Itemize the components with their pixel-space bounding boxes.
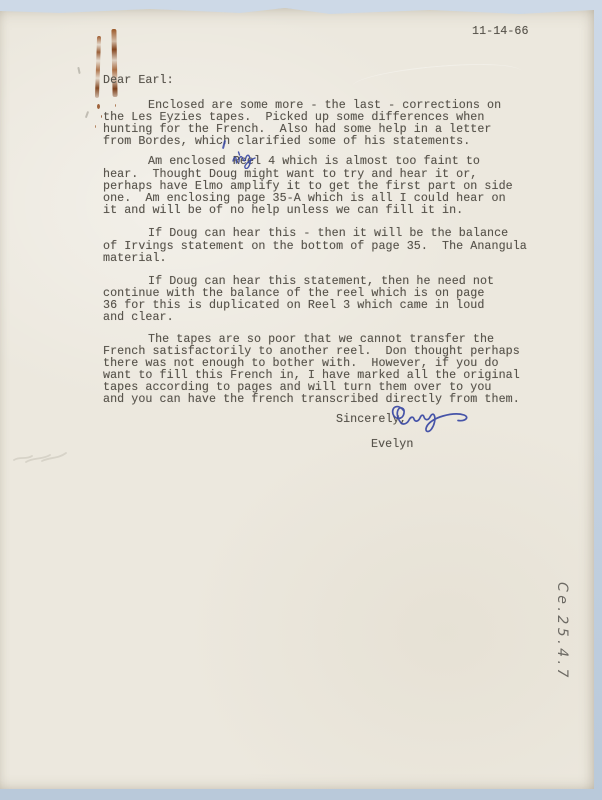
letter-line: French satisfactorily to another reel. D… <box>103 345 553 357</box>
letter-line: Am enclosed Reel 4 which is almost too f… <box>103 155 553 167</box>
paragraph-2: Am enclosed Reel 4 which is almost too f… <box>103 155 553 215</box>
letter-line: If Doug can hear this statement, then he… <box>103 275 553 287</box>
letter-date: 11-14-66 <box>472 24 529 38</box>
letter-line: and clear. <box>103 311 553 323</box>
letter-body: Dear Earl: Enclosed are some more - the … <box>103 74 553 405</box>
salutation: Dear Earl: <box>103 74 553 86</box>
letter-line: The tapes are so poor that we cannot tra… <box>103 333 553 345</box>
letter-line: from Bordes, which clarified some of his… <box>103 135 553 147</box>
letter-line: it and will be of no help unless we can … <box>103 204 553 216</box>
typed-signature-name: Evelyn <box>371 437 413 451</box>
paragraph-3: If Doug can hear this - then it will be … <box>103 227 553 263</box>
letter-line: perhaps have Elmo amplify it to get the … <box>103 180 553 192</box>
letter-line: If Doug can hear this - then it will be … <box>103 227 553 239</box>
letter-line: hear. Thought Doug might want to try and… <box>103 168 553 180</box>
handwritten-ing-correction <box>229 145 259 169</box>
signature-evelyn-handwritten <box>388 399 478 440</box>
pencil-smudge <box>12 444 72 466</box>
paragraph-5: The tapes are so poor that we cannot tra… <box>103 333 553 406</box>
paragraph-4: If Doug can hear this statement, then he… <box>103 275 553 323</box>
letter-line: and you can have the french transcribed … <box>103 393 553 405</box>
letter-line: of Irvings statement on the bottom of pa… <box>103 240 553 252</box>
catalog-number: Ce.25.4.7 <box>554 582 570 681</box>
letter-line: material. <box>103 252 553 264</box>
rust-stain-specks <box>97 104 100 109</box>
scanned-letter-screenshot: { "scan": { "background_color": "#c3d1e1… <box>0 0 602 800</box>
paragraph-1: Enclosed are some more - the last - corr… <box>103 99 553 147</box>
